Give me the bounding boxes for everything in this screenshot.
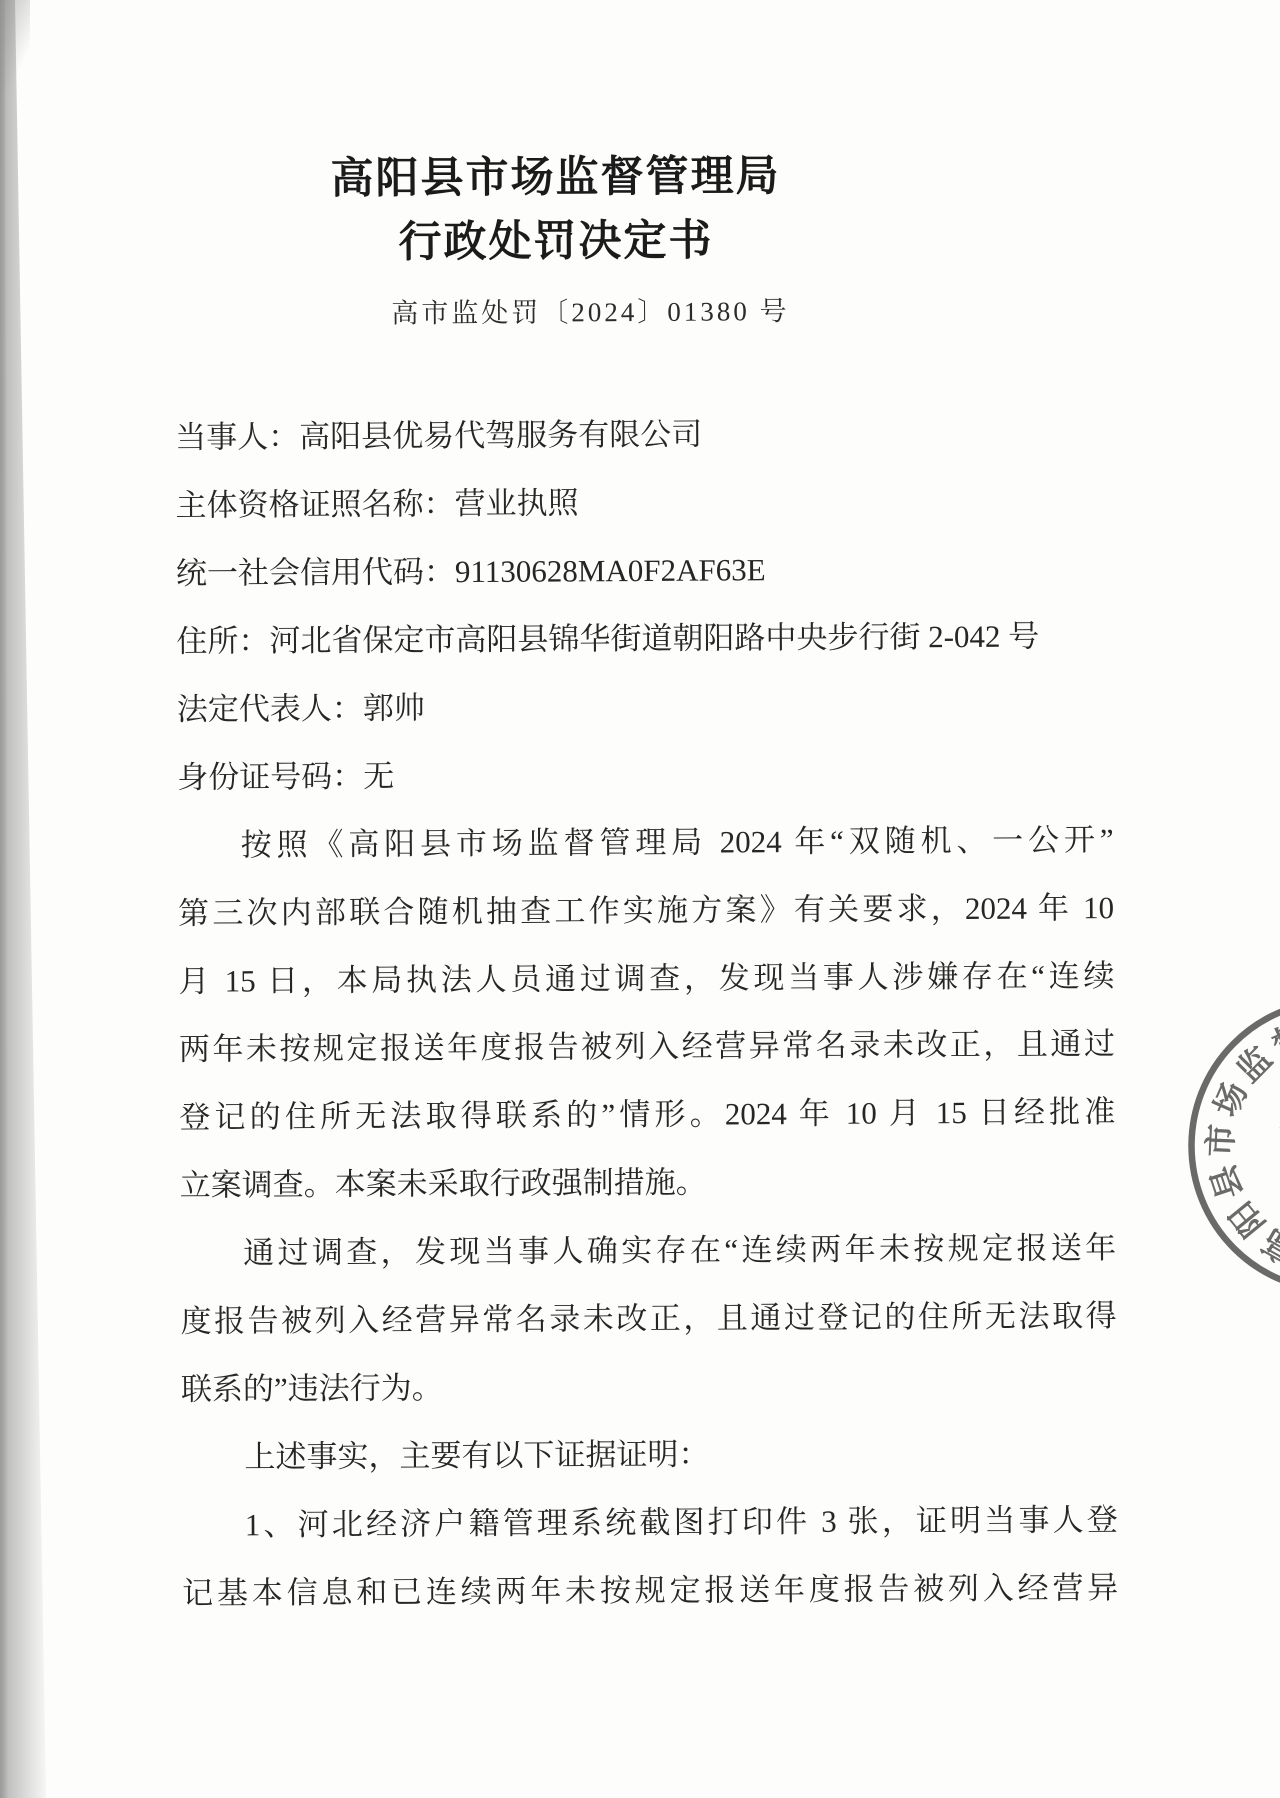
svg-text:场: 场 <box>1208 1077 1255 1122</box>
svg-text:市: 市 <box>1202 1123 1240 1158</box>
seal-ring-text: 高阳县市场监督管理局 <box>1202 1011 1280 1271</box>
document-title-line2: 行政处罚决定书 <box>88 208 1024 278</box>
svg-text:县: 县 <box>1205 1160 1251 1203</box>
text-line: 住所：河北省保定市高阳县锦华街道朝阳路中央步行街 2-042 号 <box>176 602 1112 676</box>
svg-text:监: 监 <box>1230 1040 1280 1089</box>
text-line: 第三次内部联合随机抽查工作实施方案》有关要求，2024 年 10 <box>178 874 1114 948</box>
text-line: 联系的”违法行为。 <box>181 1350 1117 1424</box>
document-heading: 高阳县市场监督管理局 行政处罚决定书 高市监处罚〔2024〕01380 号 <box>173 143 1110 332</box>
text-line: 记基本信息和已连续两年未按规定报送年度报告被列入经营异 <box>182 1554 1118 1628</box>
document-content: 高阳县市场监督管理局 行政处罚决定书 高市监处罚〔2024〕01380 号 当事… <box>0 0 1280 1798</box>
text-line: 两年未按规定报送年度报告被列入经营异常名录未改正，且通过 <box>179 1010 1115 1084</box>
text-line: 通过调查，发现当事人确实存在“连续两年未按规定报送年 <box>180 1214 1116 1288</box>
document-title-line1: 高阳县市场监督管理局 <box>87 144 1023 214</box>
text-line: 上述事实，主要有以下证据证明： <box>181 1418 1117 1492</box>
text-line: 度报告被列入经营异常名录未改正，且通过登记的住所无法取得 <box>180 1282 1116 1356</box>
text-line: 1、河北经济户籍管理系统截图打印件 3 张，证明当事人登 <box>182 1486 1118 1560</box>
official-seal: 高阳县市场监督管理局 <box>1150 946 1280 1347</box>
text-line: 主体资格证照名称：营业执照 <box>175 466 1111 540</box>
text-line: 按照《高阳县市场监督管理局 2024 年“双随机、一公开” <box>177 806 1113 880</box>
text-line: 法定代表人：郭帅 <box>177 670 1113 744</box>
document-number: 高市监处罚〔2024〕01380 号 <box>122 287 1058 332</box>
text-line: 登记的住所无法取得联系的”情形。2024 年 10 月 15 日经批准 <box>179 1078 1115 1152</box>
body-text: 当事人：高阳县优易代驾服务有限公司主体资格证照名称：营业执照统一社会信用代码：9… <box>175 398 1118 1628</box>
text-line: 当事人：高阳县优易代驾服务有限公司 <box>175 398 1111 472</box>
svg-text:阳: 阳 <box>1223 1194 1273 1243</box>
text-line: 身份证号码：无 <box>177 738 1113 812</box>
text-line: 月 15 日，本局执法人员通过调查，发现当事人涉嫌存在“连续 <box>178 942 1114 1016</box>
scanned-page: 高阳县市场监督管理局 行政处罚决定书 高市监处罚〔2024〕01380 号 当事… <box>0 0 1280 1798</box>
text-line: 统一社会信用代码：91130628MA0F2AF63E <box>176 534 1112 608</box>
text-line: 立案调查。本案未采取行政强制措施。 <box>180 1146 1116 1220</box>
